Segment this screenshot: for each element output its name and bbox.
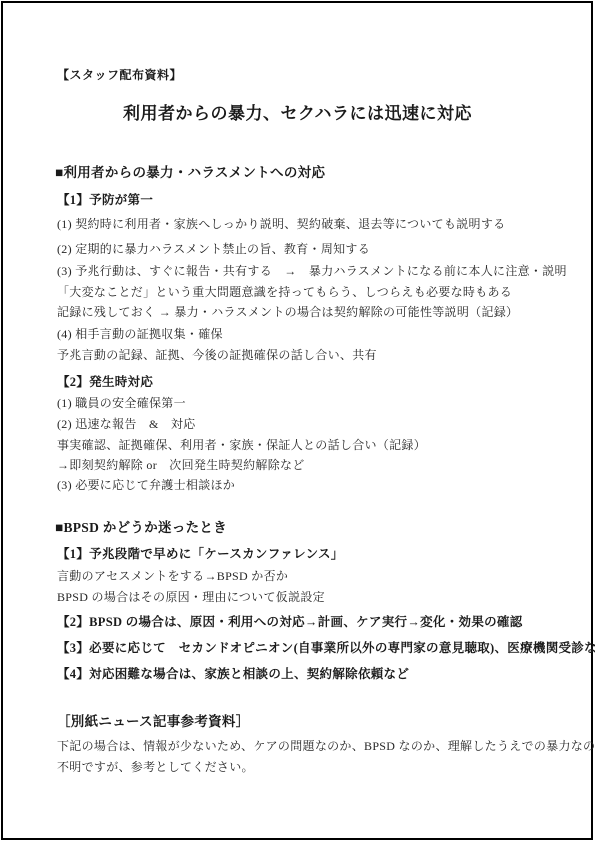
prevention-item-3: (3) 予兆行動は、すぐに報告・共有する → 暴力ハラスメントになる前に本人に注… [57, 261, 567, 323]
reference-body: 下記の場合は、情報が少ないため、ケアの問題なのか、BPSD なのか、理解したうえ… [57, 736, 595, 777]
prevention-item-1: (1) 契約時に利用者・家族へしっかり説明、契約破棄、退去等についても説明する [57, 214, 505, 235]
prevention-item-3-line-2: 「大変なことだ」という重大問題意識を持ってもらう、しつらえも必要な時もある [57, 282, 567, 303]
prevention-item-3-line-3: 記録に残しておく → 暴力・ハラスメントの場合は契約解除の可能性等説明（記録） [57, 302, 567, 323]
section-heading-violence: ■利用者からの暴力・ハラスメントへの対応 [55, 161, 325, 181]
prevention-item-4: (4) 相手言動の証拠収集・確保 予兆言動の記録、証拠、今後の証拠確保の話し合い… [57, 324, 377, 365]
bpsd-step-4: 【4】対応困難な場合は、家族と相談の上、契約解除依頼など [57, 664, 409, 682]
page-title: 利用者からの暴力、セクハラには迅速に対応 [0, 99, 595, 124]
handout-label: 【スタッフ配布資料】 [57, 66, 182, 83]
reference-body-line-2: 不明ですが、参考としてください。 [57, 757, 595, 778]
response-item-1: (1) 職員の安全確保第一 [57, 393, 186, 414]
document-page: 【スタッフ配布資料】 利用者からの暴力、セクハラには迅速に対応 ■利用者からの暴… [0, 0, 595, 842]
response-item-2-line-3: →即刻契約解除 or 次回発生時契約解除など [57, 455, 426, 476]
bpsd-step-3: 【3】必要に応じて セカンドオピニオン(自事業所以外の専門家の意見聴取)、医療機… [57, 638, 595, 656]
section-heading-reference: ［別紙ニュース記事参考資料］ [57, 710, 250, 730]
response-item-3: (3) 必要に応じて弁護士相談ほか [57, 475, 235, 496]
bpsd-step-1-line-1: 言動のアセスメントをする→BPSD か否か [57, 566, 325, 587]
prevention-item-4-line-1: (4) 相手言動の証拠収集・確保 [57, 324, 377, 345]
subsection-heading-prevention: 【1】予防が第一 [57, 190, 153, 208]
response-item-2-line-2: 事実確認、証拠確保、利用者・家族・保証人との話し合い（記録） [57, 435, 426, 456]
response-item-2-line-1: (2) 迅速な報告 & 対応 [57, 414, 426, 435]
response-item-2: (2) 迅速な報告 & 対応 事実確認、証拠確保、利用者・家族・保証人との話し合… [57, 414, 426, 476]
prevention-item-3-line-1: (3) 予兆行動は、すぐに報告・共有する → 暴力ハラスメントになる前に本人に注… [57, 261, 567, 282]
bpsd-step-1-body: 言動のアセスメントをする→BPSD か否か BPSD の場合はその原因・理由につ… [57, 566, 325, 607]
prevention-item-2: (2) 定期的に暴力ハラスメント禁止の旨、教育・周知する [57, 239, 370, 260]
section-heading-bpsd: ■BPSD かどうか迷ったとき [55, 516, 227, 536]
subsection-heading-response: 【2】発生時対応 [57, 372, 153, 390]
bpsd-step-1-line-2: BPSD の場合はその原因・理由について仮説設定 [57, 587, 325, 608]
reference-body-line-1: 下記の場合は、情報が少ないため、ケアの問題なのか、BPSD なのか、理解したうえ… [57, 736, 595, 757]
prevention-item-4-line-2: 予兆言動の記録、証拠、今後の証拠確保の話し合い、共有 [57, 345, 377, 366]
bpsd-step-1-heading: 【1】予兆段階で早めに「ケースカンファレンス」 [57, 544, 344, 562]
bpsd-step-2: 【2】BPSD の場合は、原因・利用への対応→計画、ケア実行→変化・効果の確認 [57, 612, 523, 630]
